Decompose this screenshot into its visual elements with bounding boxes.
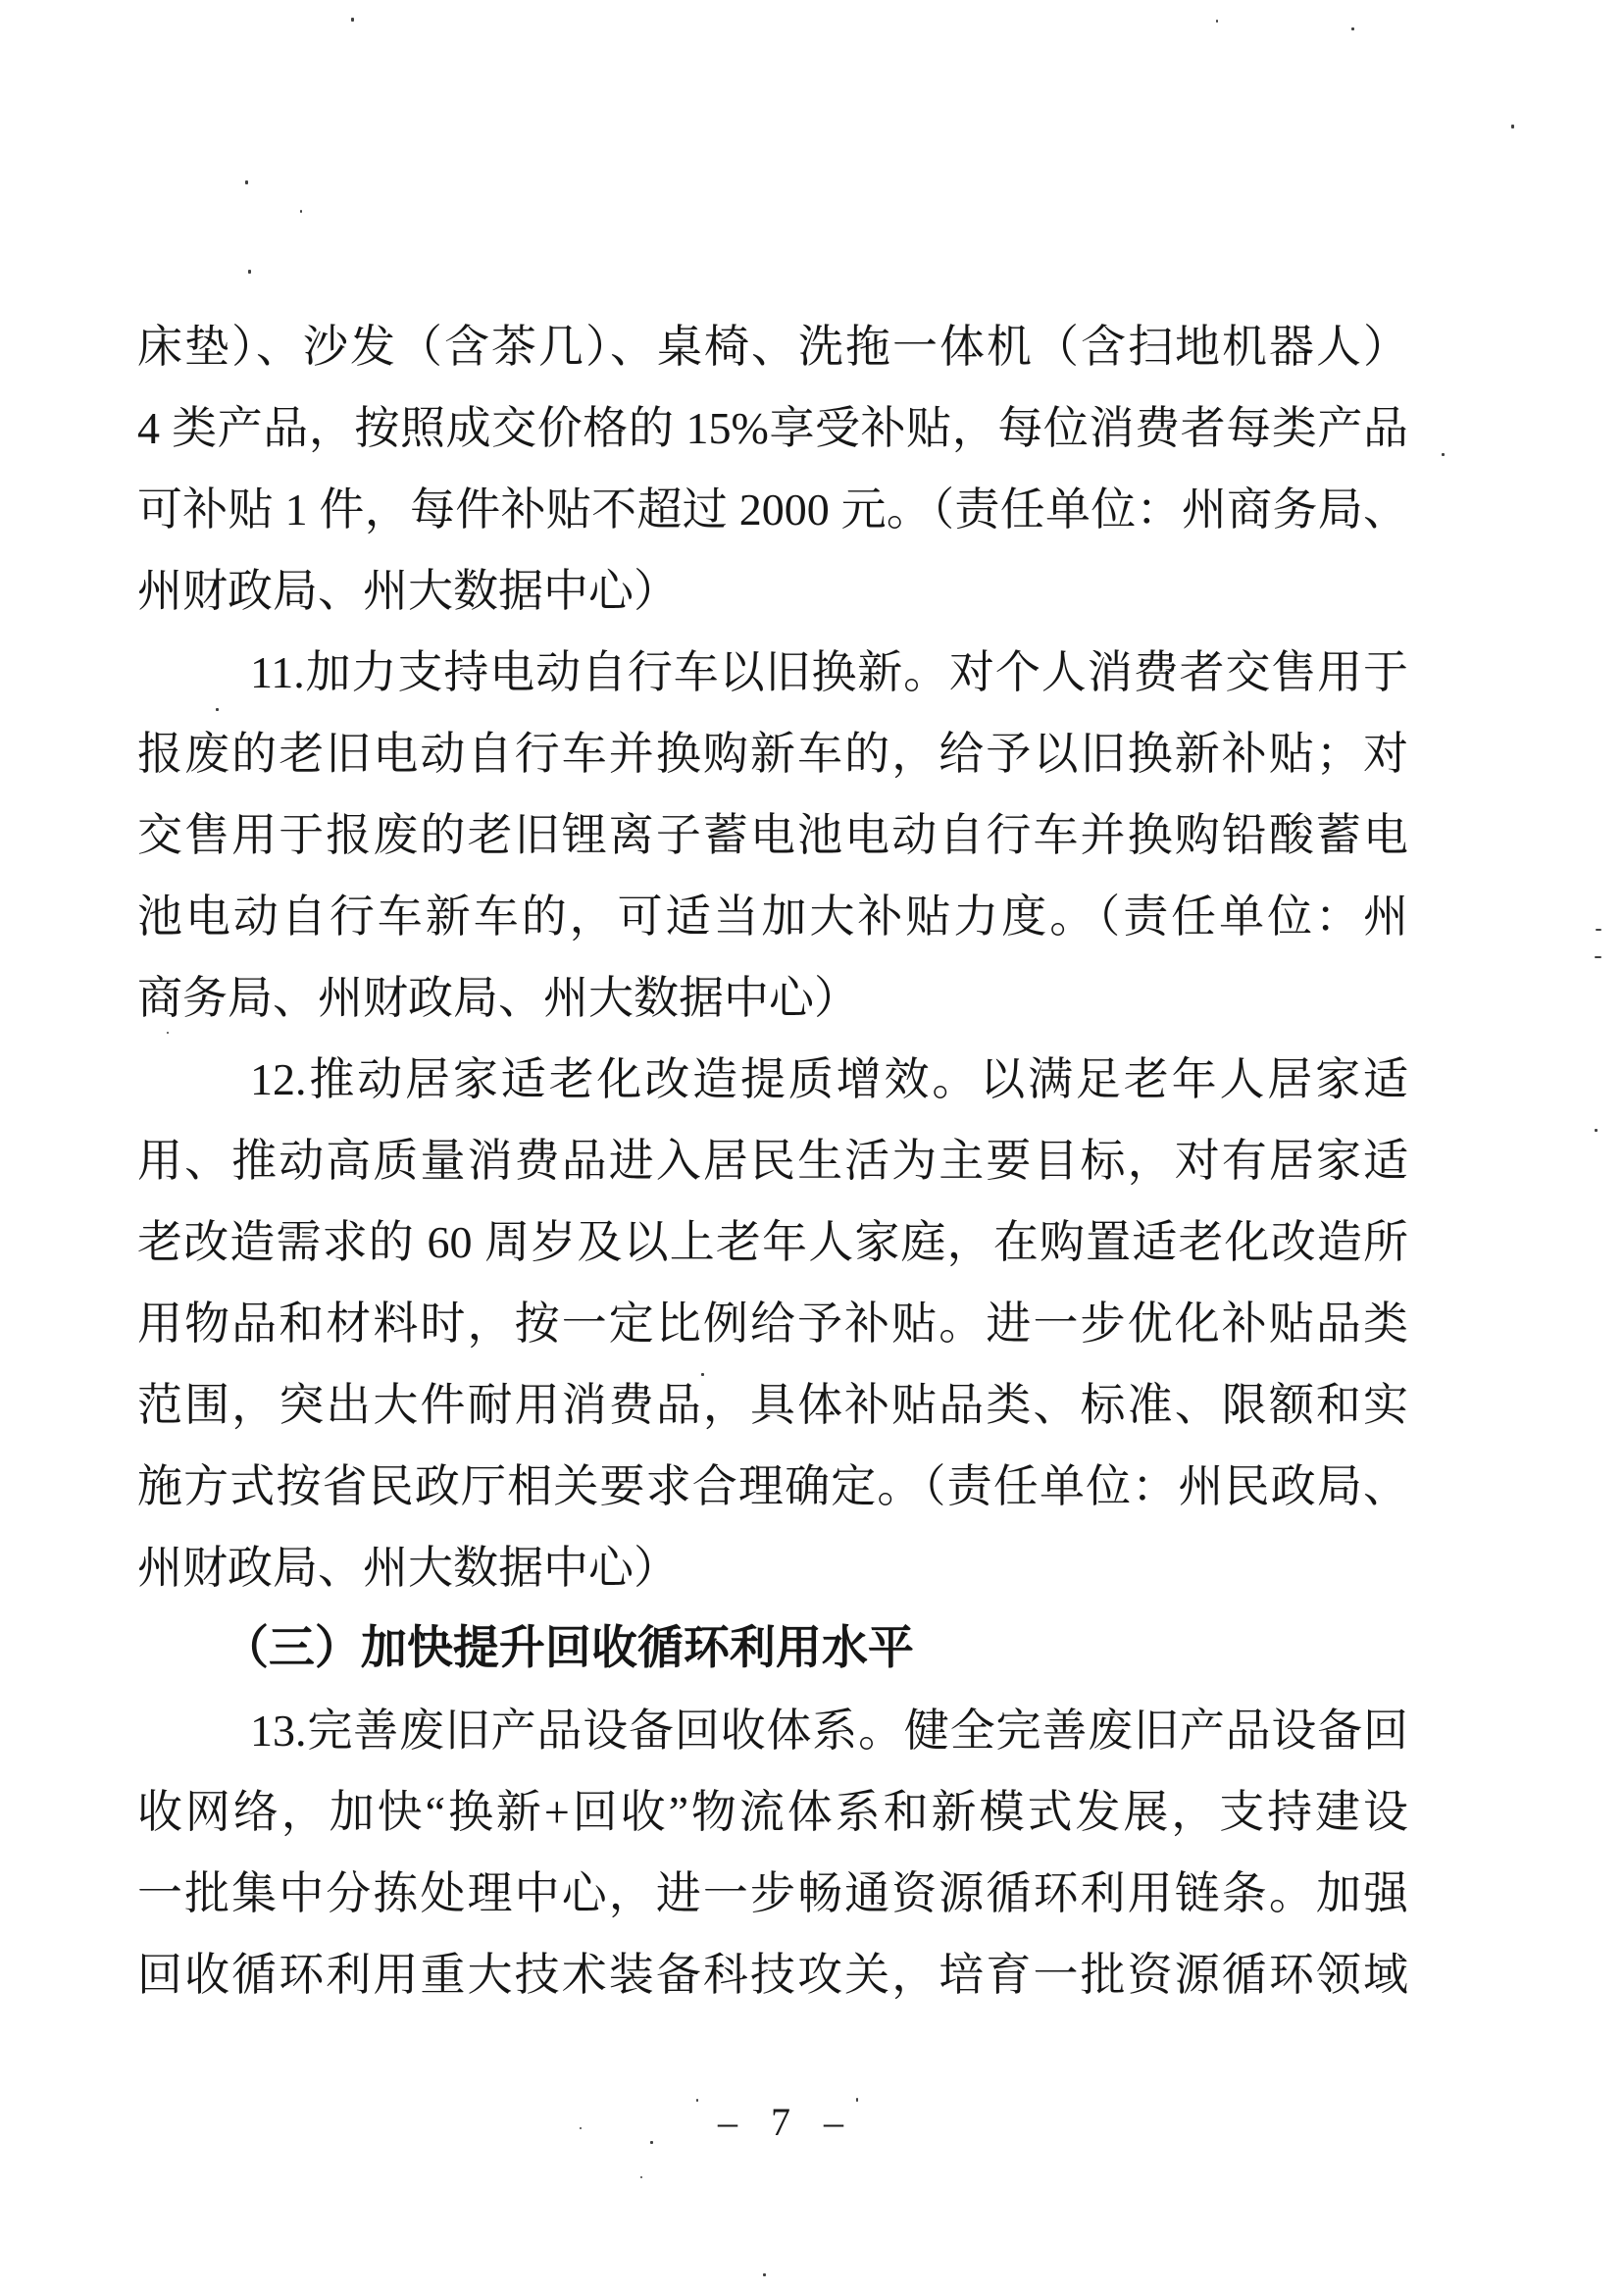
text-line: 池电动自行车新车的，可适当加大补贴力度。（责任单位：州 bbox=[137, 876, 1408, 957]
scanned-document-page: 床垫）、沙发（含茶几）、桌椅、洗拖一体机（含扫地机器人） 4 类产品，按照成交价… bbox=[0, 0, 1624, 2293]
text-line: 范围，突出大件耐用消费品，具体补贴品类、标准、限额和实 bbox=[137, 1364, 1408, 1446]
document-body: 床垫）、沙发（含茶几）、桌椅、洗拖一体机（含扫地机器人） 4 类产品，按照成交价… bbox=[137, 306, 1408, 2015]
text-line: 州财政局、州大数据中心） bbox=[137, 550, 1408, 632]
text-line-paragraph-11-start: 11.加力支持电动自行车以旧换新。对个人消费者交售用于 bbox=[137, 632, 1408, 713]
text-line: 用物品和材料时，按一定比例给予补贴。进一步优化补贴品类 bbox=[137, 1283, 1408, 1364]
text-line: 床垫）、沙发（含茶几）、桌椅、洗拖一体机（含扫地机器人） bbox=[137, 306, 1408, 387]
text-line: 老改造需求的 60 周岁及以上老年人家庭，在购置适老化改造所 bbox=[137, 1201, 1408, 1283]
text-line: 交售用于报废的老旧锂离子蓄电池电动自行车并换购铅酸蓄电 bbox=[137, 794, 1408, 876]
scan-speck bbox=[245, 180, 248, 184]
section-heading: （三）加快提升回收循环利用水平 bbox=[137, 1608, 1408, 1690]
scan-speck bbox=[763, 2273, 766, 2276]
text-line: 州财政局、州大数据中心） bbox=[137, 1527, 1408, 1608]
scan-speck bbox=[1442, 453, 1445, 456]
page-footer: – 7 – bbox=[151, 2093, 1422, 2152]
scan-speck bbox=[1595, 1129, 1598, 1132]
scan-speck bbox=[1595, 956, 1601, 958]
text-line: 4 类产品，按照成交价格的 15%享受补贴，每位消费者每类产品 bbox=[137, 387, 1408, 469]
scan-speck bbox=[167, 1032, 169, 1034]
scan-speck bbox=[216, 708, 219, 711]
text-line: 收网络，加快“换新+回收”物流体系和新模式发展，支持建设 bbox=[137, 1771, 1408, 1853]
scan-speck bbox=[351, 18, 354, 22]
text-line: 商务局、州财政局、州大数据中心） bbox=[137, 957, 1408, 1039]
text-line: 报废的老旧电动自行车并换购新车的，给予以旧换新补贴；对 bbox=[137, 713, 1408, 794]
text-line: 一批集中分拣处理中心，进一步畅通资源循环利用链条。加强 bbox=[137, 1853, 1408, 1934]
text-line: 回收循环利用重大技术装备科技攻关，培育一批资源循环领域 bbox=[137, 1934, 1408, 2015]
scan-speck bbox=[696, 2099, 698, 2102]
scan-speck bbox=[1216, 20, 1218, 23]
scan-speck bbox=[640, 2176, 642, 2178]
scan-speck bbox=[300, 210, 302, 213]
scan-speck bbox=[248, 270, 251, 274]
text-line: 施方式按省民政厅相关要求合理确定。（责任单位：州民政局、 bbox=[137, 1446, 1408, 1527]
scan-speck bbox=[856, 2098, 858, 2102]
scan-speck bbox=[650, 2141, 653, 2144]
text-line-paragraph-12-start: 12.推动居家适老化改造提质增效。以满足老年人居家适 bbox=[137, 1039, 1408, 1120]
text-line-paragraph-13-start: 13.完善废旧产品设备回收体系。健全完善废旧产品设备回 bbox=[137, 1690, 1408, 1771]
scan-speck bbox=[1351, 27, 1354, 30]
text-line: 用、推动高质量消费品进入居民生活为主要目标，对有居家适 bbox=[137, 1120, 1408, 1201]
text-line: 可补贴 1 件，每件补贴不超过 2000 元。（责任单位：州商务局、 bbox=[137, 469, 1408, 550]
scan-speck bbox=[1511, 125, 1514, 128]
scan-speck bbox=[701, 1373, 704, 1376]
page-number: – 7 – bbox=[718, 2100, 855, 2144]
scan-speck bbox=[1596, 929, 1601, 931]
scan-speck bbox=[580, 2127, 582, 2129]
